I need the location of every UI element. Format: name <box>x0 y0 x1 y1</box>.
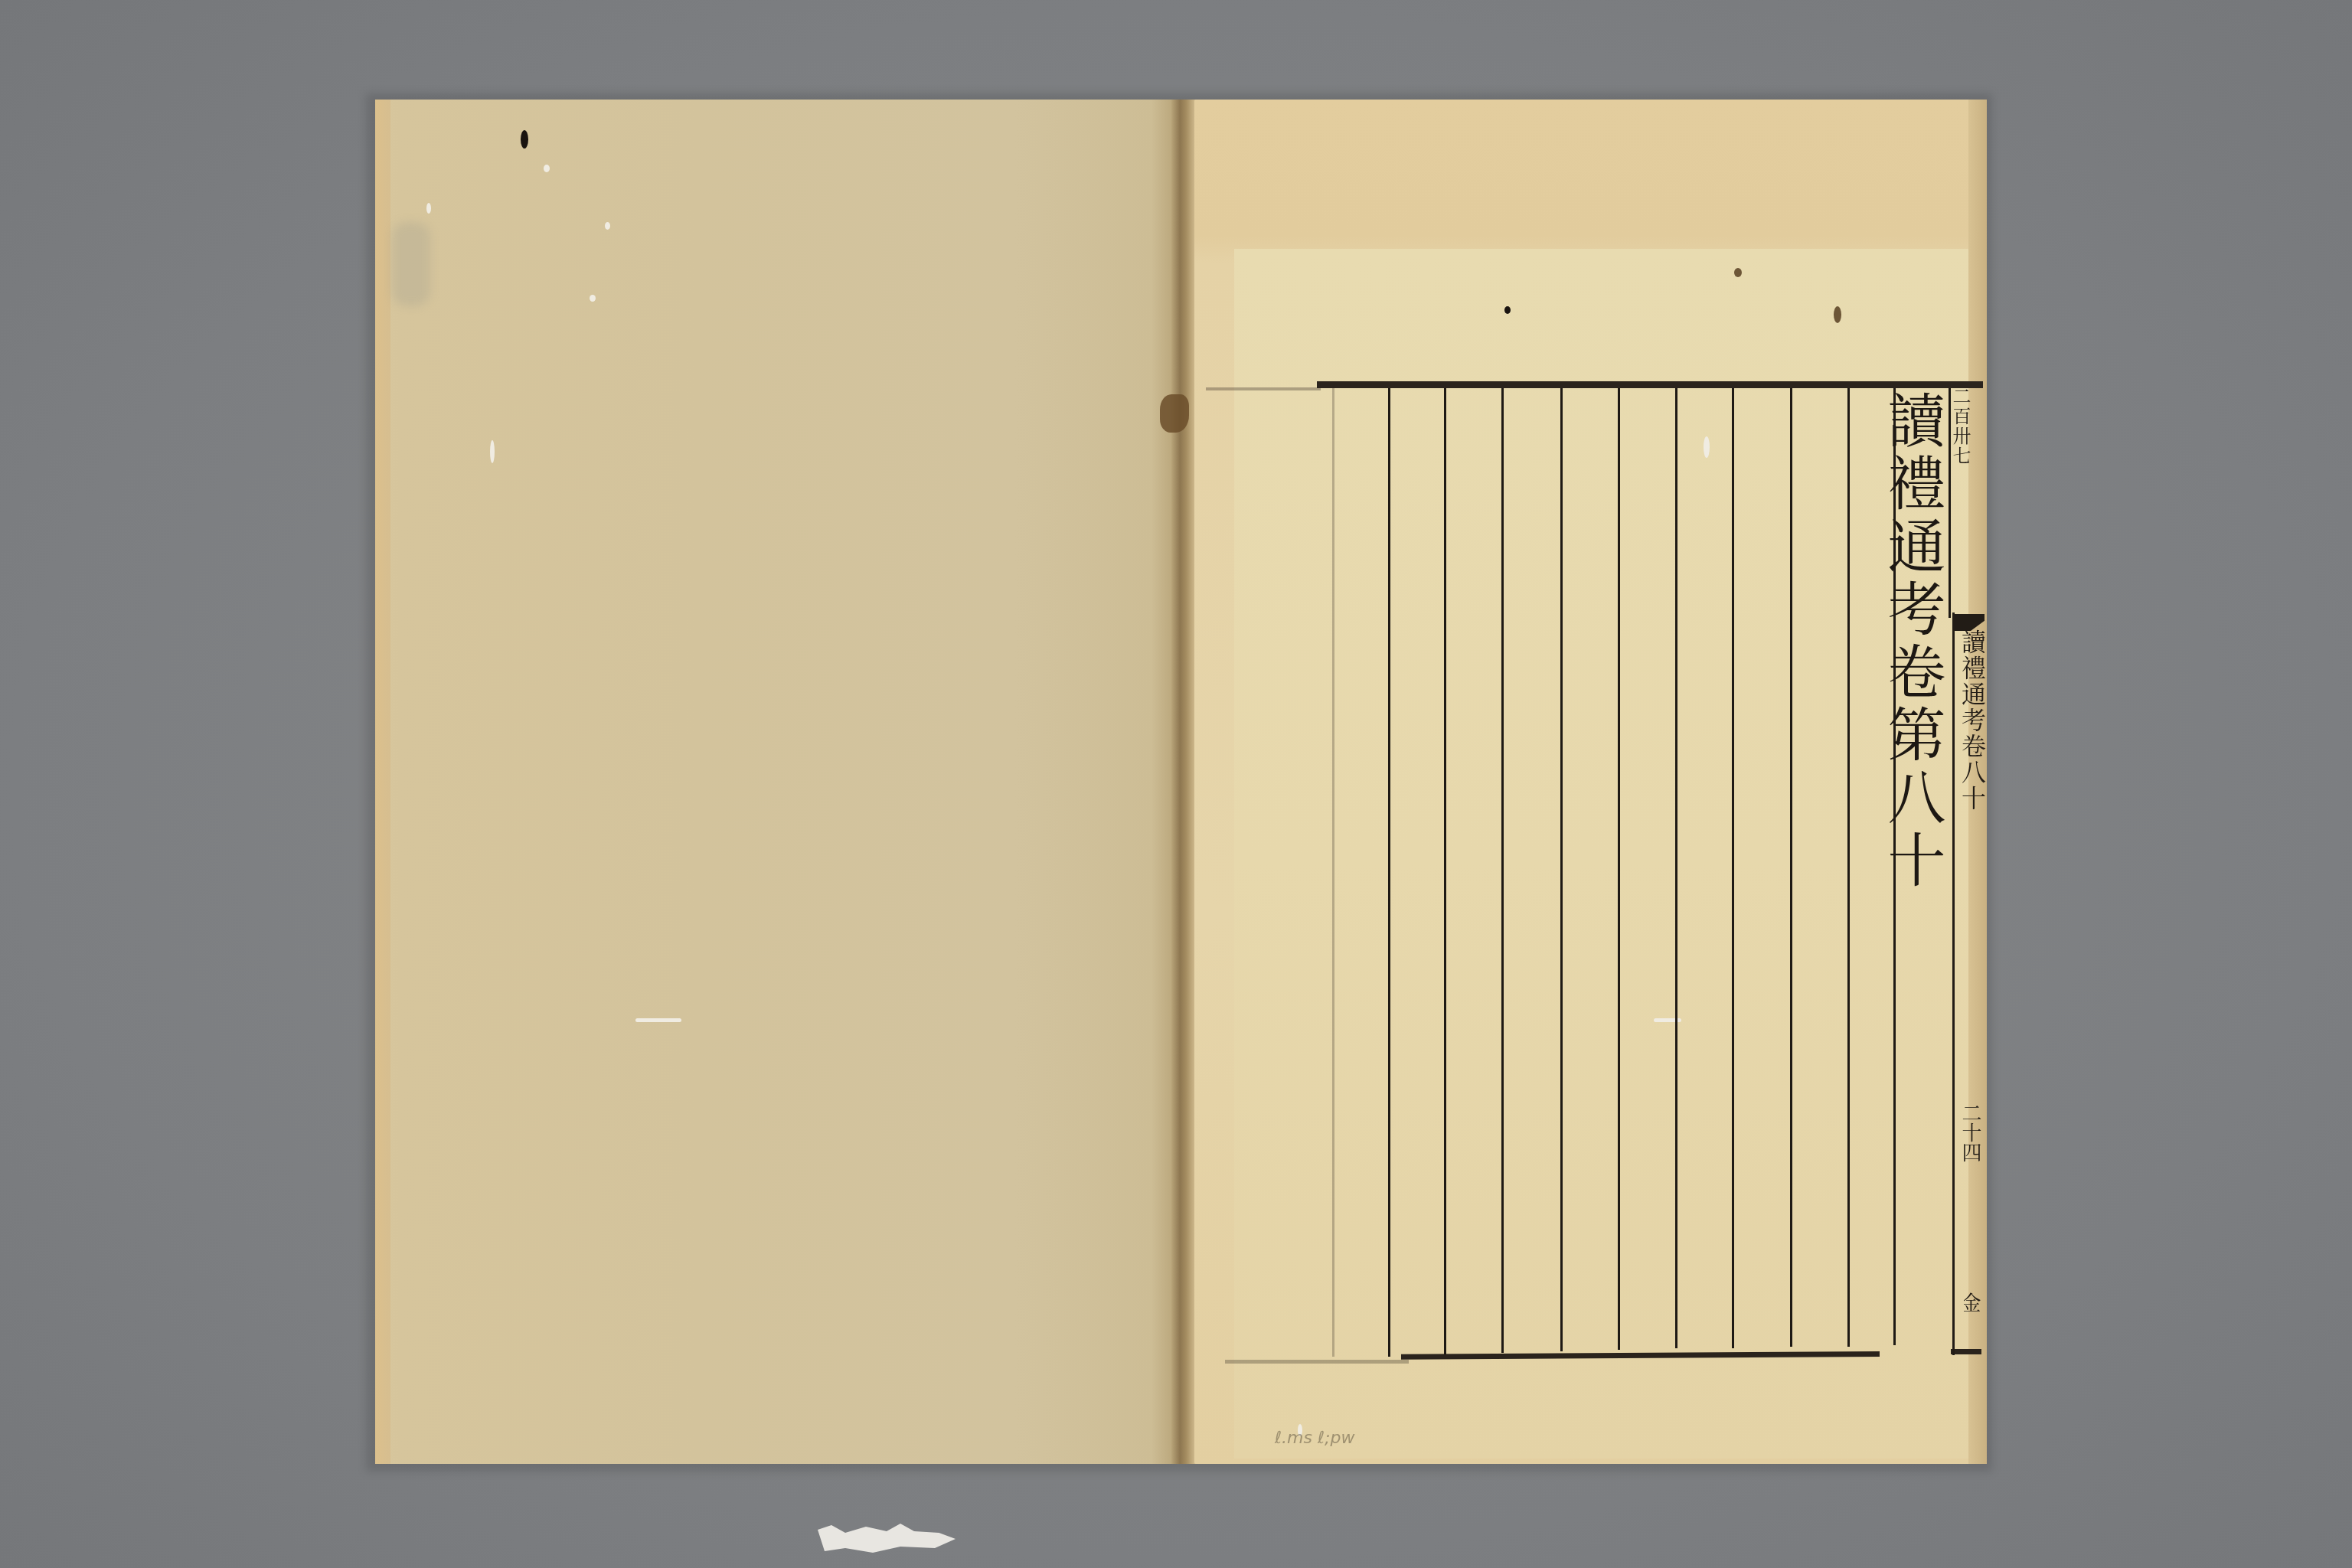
binding-damage <box>1160 394 1189 433</box>
wormhole <box>426 203 431 214</box>
chapter-title: 讀禮通考卷第八十 <box>1877 390 1946 893</box>
ruled-line <box>1560 388 1563 1351</box>
ink-mark <box>1834 306 1841 323</box>
wormhole <box>605 222 610 230</box>
ink-mark <box>1734 268 1742 277</box>
frame-top-border-faint <box>1206 387 1321 390</box>
banxin-title: 讀禮通考卷八十 <box>1958 629 1986 812</box>
left-page <box>375 100 1175 1464</box>
book-gutter <box>1171 100 1196 1464</box>
ruled-line <box>1790 388 1792 1347</box>
left-page-edge <box>375 100 390 1464</box>
ruled-line <box>1388 388 1390 1357</box>
banxin-page-number: 二十四 <box>1962 1102 1984 1162</box>
banxin-foot-text: 金 <box>1964 1292 1984 1312</box>
ruled-line <box>1847 388 1850 1347</box>
ruled-line <box>1444 388 1446 1354</box>
mounted-paper-slip <box>1234 249 1969 1459</box>
frame-bottom-border-faint <box>1225 1360 1409 1364</box>
ruled-line <box>1618 388 1620 1350</box>
paper-flaw <box>635 1018 681 1022</box>
wormhole <box>544 165 550 172</box>
ruled-line <box>1332 388 1334 1357</box>
wormhole <box>1704 436 1710 458</box>
water-stain <box>392 222 430 306</box>
ruled-line <box>1675 388 1677 1348</box>
right-page <box>1194 100 1987 1464</box>
frame-top-border <box>1317 381 1983 388</box>
ink-mark <box>521 130 528 149</box>
wormhole <box>590 295 596 302</box>
ruled-line <box>1732 388 1734 1348</box>
wormhole <box>490 440 495 463</box>
folio-annotation: 二百卅七 <box>1951 387 1974 466</box>
ink-dot <box>1504 306 1511 314</box>
pencil-note: ℓ.ms ℓ;pw <box>1275 1429 1354 1448</box>
ruled-line <box>1501 388 1504 1353</box>
